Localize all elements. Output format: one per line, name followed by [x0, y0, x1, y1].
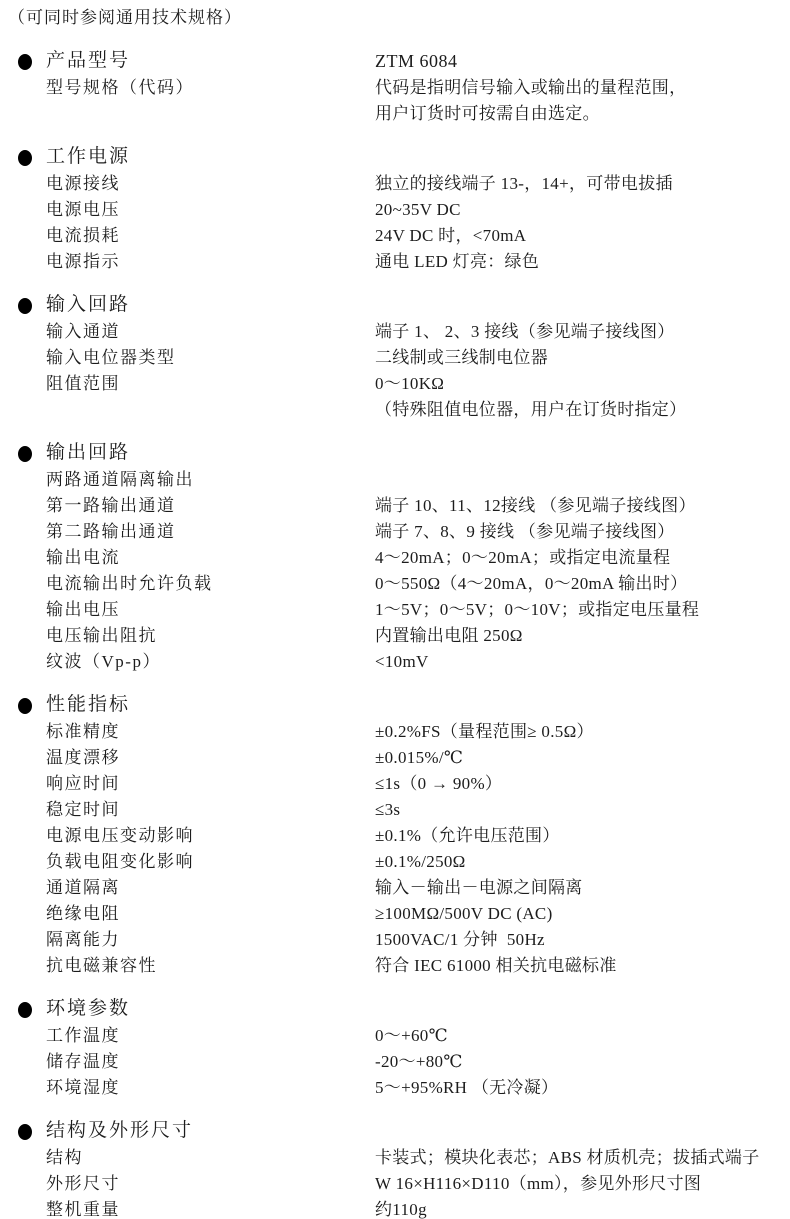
spec-label: 输出电流 — [46, 548, 120, 567]
spec-value: 0～10KΩ — [375, 371, 444, 397]
spec-row: 电压输出阻抗 内置输出电阻 250Ω — [0, 623, 790, 649]
section-title: 结构及外形尺寸 — [46, 1120, 193, 1141]
section-title: 输入回路 — [46, 294, 130, 315]
spec-row: 外形尺寸 W 16×H116×D110（mm），参见外形尺寸图 — [0, 1171, 790, 1197]
spec-value: ±0.2%FS（量程范围≥ 0.5Ω） — [375, 719, 594, 745]
spec-label: 第一路输出通道 — [46, 496, 176, 515]
spec-label: 电源接线 — [46, 174, 120, 193]
spec-value: -20～+80℃ — [375, 1049, 463, 1075]
spec-row: 电源指示 通电 LED 灯亮：绿色 — [0, 249, 790, 275]
spec-row: 输出电压 1～5V；0～5V；0～10V；或指定电压量程 — [0, 597, 790, 623]
section-header: 结构及外形尺寸 — [0, 1118, 790, 1145]
section-title: 环境参数 — [46, 998, 130, 1019]
section-header: 环境参数 — [0, 996, 790, 1023]
section-header: 性能指标 — [0, 692, 790, 719]
spec-label: 通道隔离 — [46, 878, 120, 897]
spec-value: ±0.015%/℃ — [375, 745, 463, 771]
spec-row: 纹波（Vp-p） <10mV — [0, 649, 790, 675]
spec-row: 响应时间 ≤1s（0 → 90%） — [0, 771, 790, 797]
bullet-icon — [18, 446, 32, 462]
spec-label: 电压输出阻抗 — [46, 626, 157, 645]
spec-label: 负载电阻变化影响 — [46, 852, 194, 871]
spec-row: 电源接线 独立的接线端子 13-，14+，可带电拔插 — [0, 171, 790, 197]
spec-row: 电流损耗 24V DC 时，<70mA — [0, 223, 790, 249]
spec-row: 绝缘电阻 ≥100MΩ/500V DC (AC) — [0, 901, 790, 927]
spec-row: 电流输出时允许负载 0～550Ω（4～20mA，0～20mA 输出时） — [0, 571, 790, 597]
spec-value: 4～20mA；0～20mA；或指定电流量程 — [375, 545, 670, 571]
section-environment: 环境参数 工作温度 0～+60℃ 储存温度 -20～+80℃ 环境湿度 5～+9… — [0, 996, 790, 1101]
spec-label: 电源电压 — [46, 200, 120, 219]
spec-value: 符合 IEC 61000 相关抗电磁标准 — [375, 953, 617, 979]
spec-row: 稳定时间 ≤3s — [0, 797, 790, 823]
spec-value: 用户订货时可按需自由选定。 — [375, 101, 600, 127]
spec-value: ±0.1%（允许电压范围） — [375, 823, 560, 849]
spec-label: 电流损耗 — [46, 226, 120, 245]
spec-label: 绝缘电阻 — [46, 904, 120, 923]
spec-label: 隔离能力 — [46, 930, 120, 949]
section-title: 性能指标 — [46, 694, 130, 715]
spec-value: 端子 7、8、9 接线 （参见端子接线图） — [375, 519, 675, 545]
spec-row: 两路通道隔离输出 — [0, 467, 790, 493]
spec-label: 储存温度 — [46, 1052, 120, 1071]
spec-value: <10mV — [375, 649, 429, 675]
spec-row: 第一路输出通道 端子 10、11、12接线 （参见端子接线图） — [0, 493, 790, 519]
spec-label: 电源电压变动影响 — [46, 826, 194, 845]
product-model-value: ZTM 6084 — [375, 48, 458, 74]
section-header: 产品型号 ZTM 6084 — [0, 48, 790, 75]
bullet-icon — [18, 1124, 32, 1140]
spec-value: 二线制或三线制电位器 — [375, 345, 548, 371]
section-header: 输出回路 — [0, 440, 790, 467]
spec-value: ±0.1%/250Ω — [375, 849, 466, 875]
spec-label: 纹波（Vp-p） — [46, 652, 161, 671]
spec-label: 工作温度 — [46, 1026, 120, 1045]
spec-label: 电流输出时允许负载 — [46, 574, 213, 593]
spec-value: 卡装式；模块化表芯；ABS 材质机壳；拔插式端子 — [375, 1145, 760, 1171]
spec-row: 工作温度 0～+60℃ — [0, 1023, 790, 1049]
section-input-circuit: 输入回路 输入通道 端子 1、 2、3 接线（参见端子接线图） 输入电位器类型 … — [0, 292, 790, 423]
spec-label: 输出电压 — [46, 600, 120, 619]
spec-row: 型号规格（代码） 代码是指明信号输入或输出的量程范围， — [0, 75, 790, 101]
spec-value: 5～+95%RH （无冷凝） — [375, 1075, 558, 1101]
spec-label: 响应时间 — [46, 774, 120, 793]
spec-label: 第二路输出通道 — [46, 522, 176, 541]
spec-row: 负载电阻变化影响 ±0.1%/250Ω — [0, 849, 790, 875]
section-output-circuit: 输出回路 两路通道隔离输出 第一路输出通道 端子 10、11、12接线 （参见端… — [0, 440, 790, 675]
bullet-icon — [18, 54, 32, 70]
spec-label: 型号规格（代码） — [46, 78, 194, 97]
spec-value: 1500VAC/1 分钟 50Hz — [375, 927, 545, 953]
spec-label: 结构 — [46, 1148, 83, 1167]
spec-row: 用户订货时可按需自由选定。 — [0, 101, 790, 127]
spec-row: 输入电位器类型 二线制或三线制电位器 — [0, 345, 790, 371]
spec-row: 隔离能力 1500VAC/1 分钟 50Hz — [0, 927, 790, 953]
spec-value: 0～550Ω（4～20mA，0～20mA 输出时） — [375, 571, 687, 597]
spec-label: 输入电位器类型 — [46, 348, 176, 367]
spec-label: 外形尺寸 — [46, 1174, 120, 1193]
spec-value: 24V DC 时，<70mA — [375, 223, 526, 249]
spec-value: 通电 LED 灯亮：绿色 — [375, 249, 539, 275]
spec-label: 温度漂移 — [46, 748, 120, 767]
spec-label: 两路通道隔离输出 — [46, 470, 194, 489]
spec-value: 端子 1、 2、3 接线（参见端子接线图） — [375, 319, 675, 345]
spec-value: 约110g — [375, 1197, 427, 1219]
spec-value: W 16×H116×D110（mm），参见外形尺寸图 — [375, 1171, 701, 1197]
bullet-icon — [18, 1002, 32, 1018]
spec-label: 电源指示 — [46, 252, 120, 271]
spec-row: 电源电压变动影响 ±0.1%（允许电压范围） — [0, 823, 790, 849]
bullet-icon — [18, 150, 32, 166]
spec-row: 温度漂移 ±0.015%/℃ — [0, 745, 790, 771]
spec-value: ≤1s（0 → 90%） — [375, 771, 502, 797]
section-header: 输入回路 — [0, 292, 790, 319]
spec-row: 阻值范围 0～10KΩ — [0, 371, 790, 397]
section-structure-dimensions: 结构及外形尺寸 结构 卡装式；模块化表芯；ABS 材质机壳；拔插式端子 外形尺寸… — [0, 1118, 790, 1219]
bullet-icon — [18, 298, 32, 314]
spec-label: 环境湿度 — [46, 1078, 120, 1097]
spec-document-page: （可同时参阅通用技术规格） 产品型号 ZTM 6084 型号规格（代码） 代码是… — [0, 0, 790, 1219]
spec-row: 抗电磁兼容性 符合 IEC 61000 相关抗电磁标准 — [0, 953, 790, 979]
spec-value: ≥100MΩ/500V DC (AC) — [375, 901, 553, 927]
spec-value: ≤3s — [375, 797, 400, 823]
spec-label: 阻值范围 — [46, 374, 120, 393]
spec-value: 20~35V DC — [375, 197, 461, 223]
section-power-supply: 工作电源 电源接线 独立的接线端子 13-，14+，可带电拔插 电源电压 20~… — [0, 144, 790, 275]
spec-value: 输入－输出－电源之间隔离 — [375, 875, 583, 901]
spec-row: 输出电流 4～20mA；0～20mA；或指定电流量程 — [0, 545, 790, 571]
section-header: 工作电源 — [0, 144, 790, 171]
spec-row: 结构 卡装式；模块化表芯；ABS 材质机壳；拔插式端子 — [0, 1145, 790, 1171]
section-title: 产品型号 — [46, 50, 130, 71]
spec-value: 内置输出电阻 250Ω — [375, 623, 523, 649]
spec-row: 储存温度 -20～+80℃ — [0, 1049, 790, 1075]
spec-row: 第二路输出通道 端子 7、8、9 接线 （参见端子接线图） — [0, 519, 790, 545]
bullet-icon — [18, 698, 32, 714]
spec-row: 环境湿度 5～+95%RH （无冷凝） — [0, 1075, 790, 1101]
spec-row: 通道隔离 输入－输出－电源之间隔离 — [0, 875, 790, 901]
spec-row: 整机重量 约110g — [0, 1197, 790, 1219]
spec-value: 代码是指明信号输入或输出的量程范围， — [375, 75, 686, 101]
page-note: （可同时参阅通用技术规格） — [0, 5, 790, 31]
spec-value: 0～+60℃ — [375, 1023, 448, 1049]
spec-label: 稳定时间 — [46, 800, 120, 819]
section-product-model: 产品型号 ZTM 6084 型号规格（代码） 代码是指明信号输入或输出的量程范围… — [0, 48, 790, 127]
spec-row: 标准精度 ±0.2%FS（量程范围≥ 0.5Ω） — [0, 719, 790, 745]
spec-label: 整机重量 — [46, 1200, 120, 1219]
spec-value: 独立的接线端子 13-，14+，可带电拔插 — [375, 171, 673, 197]
section-title: 工作电源 — [46, 146, 130, 167]
spec-value: 1～5V；0～5V；0～10V；或指定电压量程 — [375, 597, 699, 623]
spec-row: （特殊阻值电位器，用户在订货时指定） — [0, 397, 790, 423]
spec-value: 端子 10、11、12接线 （参见端子接线图） — [375, 493, 696, 519]
spec-value: （特殊阻值电位器，用户在订货时指定） — [375, 397, 686, 423]
spec-label: 抗电磁兼容性 — [46, 956, 157, 975]
spec-label: 标准精度 — [46, 722, 120, 741]
section-title: 输出回路 — [46, 442, 130, 463]
spec-row: 电源电压 20~35V DC — [0, 197, 790, 223]
spec-label: 输入通道 — [46, 322, 120, 341]
section-performance: 性能指标 标准精度 ±0.2%FS（量程范围≥ 0.5Ω） 温度漂移 ±0.01… — [0, 692, 790, 979]
spec-row: 输入通道 端子 1、 2、3 接线（参见端子接线图） — [0, 319, 790, 345]
